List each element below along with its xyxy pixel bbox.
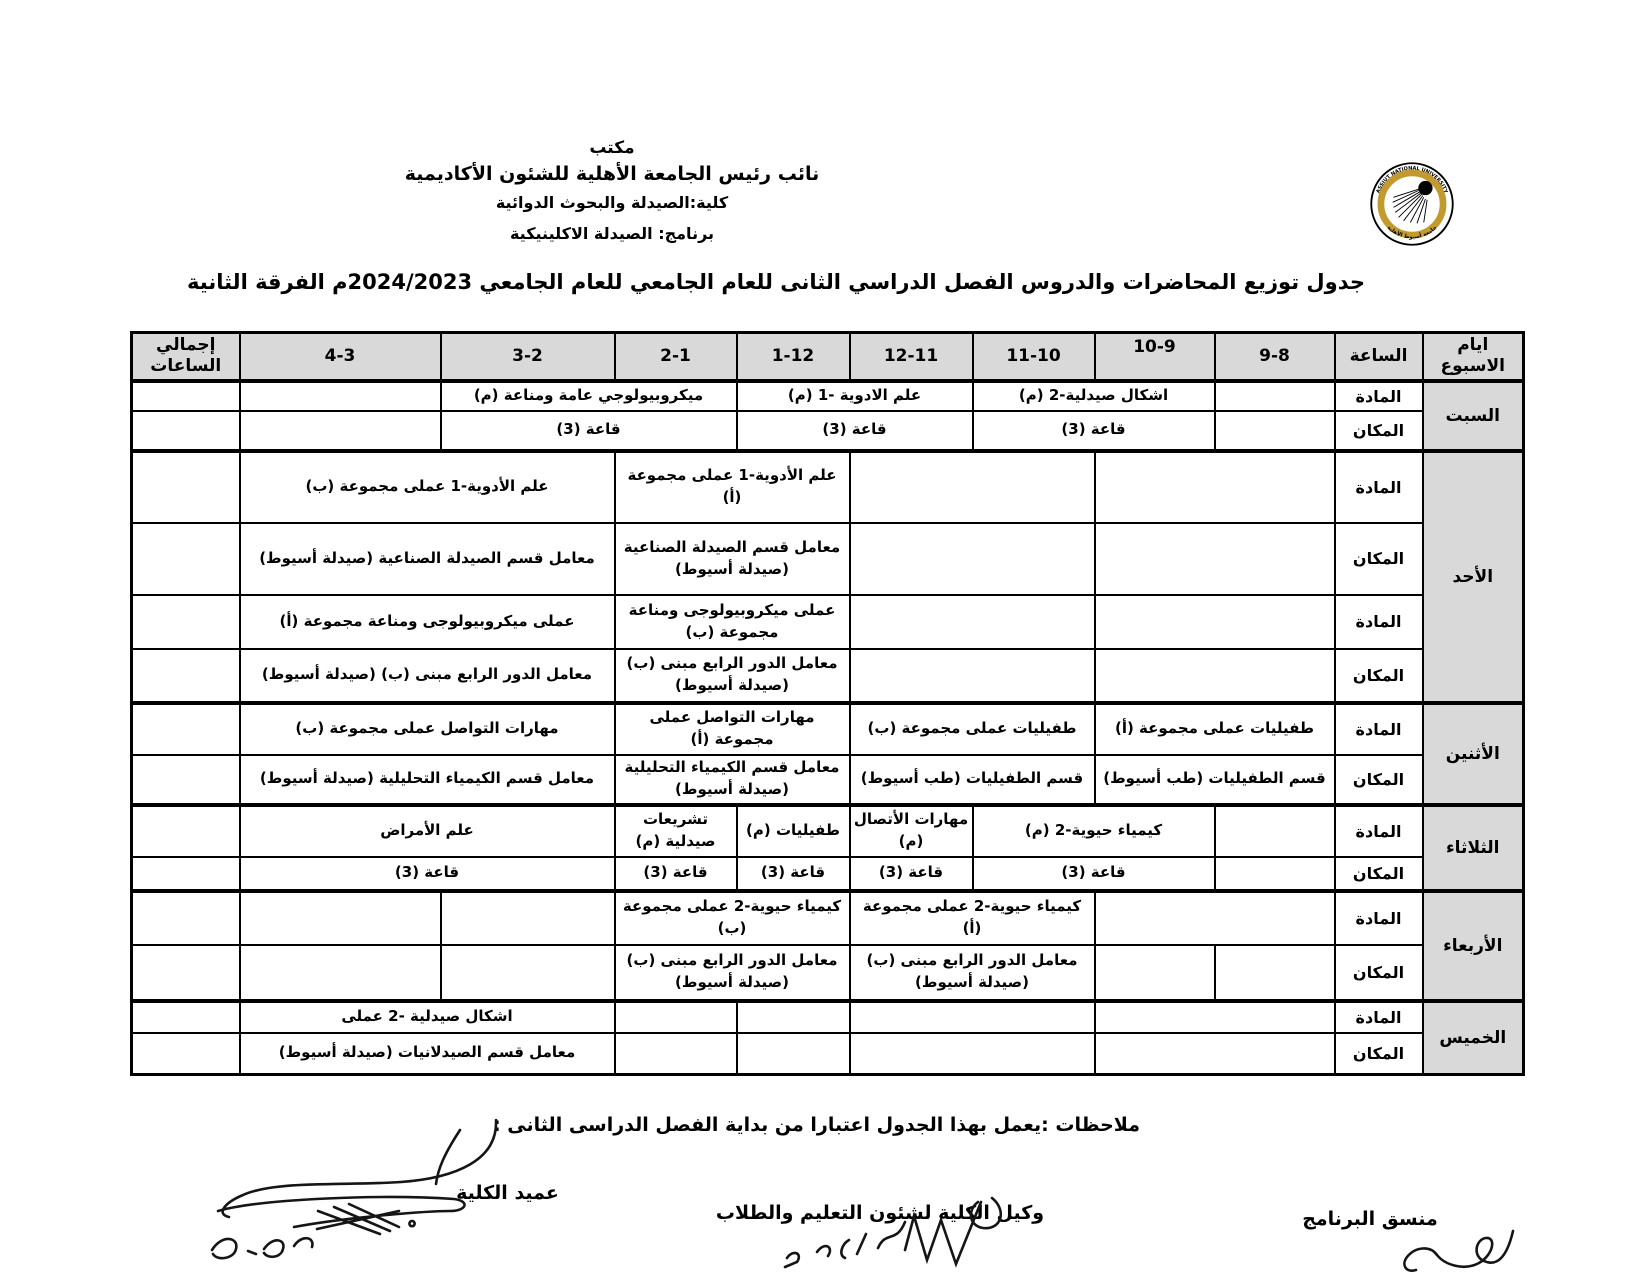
subject-cell: اشكال صيدلية -2 عملى [240, 1001, 615, 1033]
subject-cell: كيمياء حيوية-2 (م) [973, 805, 1215, 857]
table-row: الثلاثاء المادة كيمياء حيوية-2 (م) مهارا… [132, 805, 1524, 857]
room-cell: معامل الدور الرابع مبنى (ب) (صيدلة أسيوط… [615, 945, 850, 1001]
subject-cell: عملى ميكروبيولوجى ومناعة مجموعة (أ) [240, 595, 615, 649]
total-hours-cell [132, 891, 240, 945]
row-type-cell: المكان [1335, 523, 1423, 595]
room-cell: معامل الدور الرابع مبنى (ب) (صيدلة أسيوط… [615, 649, 850, 703]
document-title: جدول توزيع المحاضرات والدروس الفصل الدرا… [130, 270, 1422, 294]
day-cell: الثلاثاء [1423, 805, 1524, 891]
room-cell: قاعة (3) [737, 857, 850, 891]
room-cell: قاعة (3) [850, 857, 973, 891]
total-hours-cell [132, 1033, 240, 1075]
empty-slot-cell [1095, 595, 1335, 649]
day-cell: الأحد [1423, 451, 1524, 703]
subject-cell: علم الادوية -1 (م) [737, 381, 973, 411]
col-header-slot: 4-3 [240, 333, 441, 381]
row-type-cell: المكان [1335, 1033, 1423, 1075]
empty-slot-cell [441, 891, 615, 945]
table-row: المادة عملى ميكروبيولوجى ومناعة مجموعة (… [132, 595, 1524, 649]
col-header-slot: 9-8 [1215, 333, 1335, 381]
empty-slot-cell [240, 381, 441, 411]
empty-slot-cell [737, 1001, 850, 1033]
row-type-cell: المادة [1335, 703, 1423, 755]
subject-cell: اشكال صيدلية-2 (م) [973, 381, 1215, 411]
row-type-cell: المادة [1335, 891, 1423, 945]
row-type-cell: المكان [1335, 649, 1423, 703]
office-line: نائب رئيس الجامعة الأهلية للشئون الأكادي… [312, 160, 912, 188]
table-row: السبت المادة اشكال صيدلية-2 (م) علم الاد… [132, 381, 1524, 411]
empty-slot-cell [441, 945, 615, 1001]
empty-slot-cell [615, 1033, 737, 1075]
room-cell: قاعة (3) [973, 857, 1215, 891]
subject-cell: مهارات التواصل عملى مجموعة (أ) [615, 703, 850, 755]
empty-slot-cell [240, 891, 441, 945]
total-hours-cell [132, 703, 240, 755]
total-hours-cell [132, 649, 240, 703]
subject-cell: كيمياء حيوية-2 عملى مجموعة (أ) [850, 891, 1095, 945]
room-cell: معامل قسم الصيدلة الصناعية (صيدلة أسيوط) [615, 523, 850, 595]
total-hours-cell [132, 805, 240, 857]
empty-slot-cell [1095, 649, 1335, 703]
room-cell: قاعة (3) [973, 411, 1215, 451]
empty-slot-cell [240, 945, 441, 1001]
subject-cell: تشريعات صيدلية (م) [615, 805, 737, 857]
header-row: ايام الاسبوع الساعة 9-8 10-9 11-10 12-11… [132, 333, 1524, 381]
empty-slot-cell [1095, 891, 1335, 945]
subject-cell: عملى ميكروبيولوجى ومناعة مجموعة (ب) [615, 595, 850, 649]
total-hours-cell [132, 595, 240, 649]
subject-cell: علم الأمراض [240, 805, 615, 857]
room-cell: معامل قسم الكيمياء التحليلية (صيدلة أسيو… [240, 755, 615, 805]
subject-cell: علم الأدوية-1 عملى مجموعة (أ) [615, 451, 850, 523]
total-hours-cell [132, 755, 240, 805]
room-cell: معامل قسم الكيمياء التحليلية (صيدلة أسيو… [615, 755, 850, 805]
empty-slot-cell [1095, 1001, 1335, 1033]
subject-cell: مهارات التواصل عملى مجموعة (ب) [240, 703, 615, 755]
col-header-slot: 12-11 [850, 333, 973, 381]
empty-slot-cell [850, 451, 1095, 523]
table-row: المكان قاعة (3) قاعة (3) قاعة (3) قاعة (… [132, 857, 1524, 891]
total-hours-cell [132, 945, 240, 1001]
empty-slot-cell [1215, 857, 1335, 891]
col-header-slot: 1-12 [737, 333, 850, 381]
room-cell: معامل الدور الرابع مبنى (ب) (صيدلة أسيوط… [850, 945, 1095, 1001]
empty-slot-cell [1215, 381, 1335, 411]
room-cell: معامل قسم الصيدلانيات (صيدلة أسيوط) [240, 1033, 615, 1075]
room-cell: قسم الطفيليات (طب أسيوط) [1095, 755, 1335, 805]
table-row: المكان معامل قسم الصيدلة الصناعية (صيدلة… [132, 523, 1524, 595]
total-hours-cell [132, 451, 240, 523]
table-row: المكان معامل قسم الصيدلانيات (صيدلة أسيو… [132, 1033, 1524, 1075]
empty-slot-cell [850, 595, 1095, 649]
row-type-cell: المكان [1335, 411, 1423, 451]
row-type-cell: المادة [1335, 805, 1423, 857]
room-cell: قاعة (3) [441, 411, 737, 451]
room-cell: قاعة (3) [240, 857, 615, 891]
university-seal-icon: ASSIUT NATIONAL UNIVERSITY جامعة أسيوط ا… [1370, 162, 1454, 246]
subject-cell: طفيليات (م) [737, 805, 850, 857]
col-header-hour: الساعة [1335, 333, 1423, 381]
document-page: مكتب نائب رئيس الجامعة الأهلية للشئون ال… [0, 0, 1650, 1275]
faculty-line: كلية:الصيدلة والبحوث الدوائية [312, 188, 912, 218]
letterhead: مكتب نائب رئيس الجامعة الأهلية للشئون ال… [312, 136, 912, 250]
empty-slot-cell [1095, 1033, 1335, 1075]
office-line: مكتب [312, 136, 912, 160]
empty-slot-cell [1095, 523, 1335, 595]
table-row: المكان معامل الدور الرابع مبنى (ب) (صيدل… [132, 945, 1524, 1001]
row-type-cell: المكان [1335, 755, 1423, 805]
row-type-cell: المادة [1335, 595, 1423, 649]
table-row: الأثنين المادة طفيليات عملى مجموعة (أ) ط… [132, 703, 1524, 755]
subject-cell: كيمياء حيوية-2 عملى مجموعة (ب) [615, 891, 850, 945]
room-cell: قاعة (3) [615, 857, 737, 891]
total-hours-cell [132, 523, 240, 595]
row-type-cell: المكان [1335, 945, 1423, 1001]
coordinator-signature-scribble [1385, 1225, 1525, 1275]
day-cell: الأثنين [1423, 703, 1524, 805]
row-type-cell: المكان [1335, 857, 1423, 891]
empty-slot-cell [1095, 945, 1215, 1001]
subject-cell: مهارات الأتصال (م) [850, 805, 973, 857]
empty-slot-cell [850, 1001, 1095, 1033]
col-header-slot: 2-1 [615, 333, 737, 381]
subject-cell: طفيليات عملى مجموعة (أ) [1095, 703, 1335, 755]
program-line: برنامج: الصيدلة الاكلينيكية [312, 218, 912, 250]
table-row: المكان قسم الطفيليات (طب أسيوط) قسم الطف… [132, 755, 1524, 805]
schedule-table: ايام الاسبوع الساعة 9-8 10-9 11-10 12-11… [130, 331, 1525, 1076]
row-type-cell: المادة [1335, 451, 1423, 523]
subject-cell: علم الأدوية-1 عملى مجموعة (ب) [240, 451, 615, 523]
room-cell: قاعة (3) [737, 411, 973, 451]
empty-slot-cell [240, 411, 441, 451]
day-cell: السبت [1423, 381, 1524, 451]
empty-slot-cell [850, 649, 1095, 703]
empty-slot-cell [615, 1001, 737, 1033]
table-row: المكان معامل الدور الرابع مبنى (ب) (صيدل… [132, 649, 1524, 703]
empty-slot-cell [850, 1033, 1095, 1075]
day-cell: الخميس [1423, 1001, 1524, 1075]
total-hours-cell [132, 381, 240, 411]
subject-cell: ميكروبيولوجي عامة ومناعة (م) [441, 381, 737, 411]
room-cell: معامل الدور الرابع مبنى (ب) (صيدلة أسيوط… [240, 649, 615, 703]
empty-slot-cell [737, 1033, 850, 1075]
empty-slot-cell [850, 523, 1095, 595]
day-cell: الأربعاء [1423, 891, 1524, 1001]
row-type-cell: المادة [1335, 1001, 1423, 1033]
col-header-days: ايام الاسبوع [1423, 333, 1524, 381]
vice-dean-signature-scribble [755, 1192, 1025, 1274]
row-type-cell: المادة [1335, 381, 1423, 411]
col-header-slot: 10-9 [1095, 333, 1215, 381]
col-header-slot: 3-2 [441, 333, 615, 381]
total-hours-cell [132, 411, 240, 451]
total-hours-cell [132, 857, 240, 891]
empty-slot-cell [1215, 411, 1335, 451]
subject-cell: طفيليات عملى مجموعة (ب) [850, 703, 1095, 755]
table-row: المكان قاعة (3) قاعة (3) قاعة (3) [132, 411, 1524, 451]
room-cell: معامل قسم الصيدلة الصناعية (صيدلة أسيوط) [240, 523, 615, 595]
total-hours-cell [132, 1001, 240, 1033]
empty-slot-cell [1095, 451, 1335, 523]
empty-slot-cell [1215, 805, 1335, 857]
col-header-total: إجمالي الساعات [132, 333, 240, 381]
table-row: الأحد المادة علم الأدوية-1 عملى مجموعة (… [132, 451, 1524, 523]
dean-signature-scribble [198, 1098, 518, 1273]
notes-line: ملاحظات :يعمل بهذا الجدول اعتبارا من بدا… [493, 1114, 1140, 1136]
empty-slot-cell [1215, 945, 1335, 1001]
col-header-slot: 11-10 [973, 333, 1095, 381]
room-cell: قسم الطفيليات (طب أسيوط) [850, 755, 1095, 805]
table-row: الأربعاء المادة كيمياء حيوية-2 عملى مجمو… [132, 891, 1524, 945]
table-row: الخميس المادة اشكال صيدلية -2 عملى [132, 1001, 1524, 1033]
